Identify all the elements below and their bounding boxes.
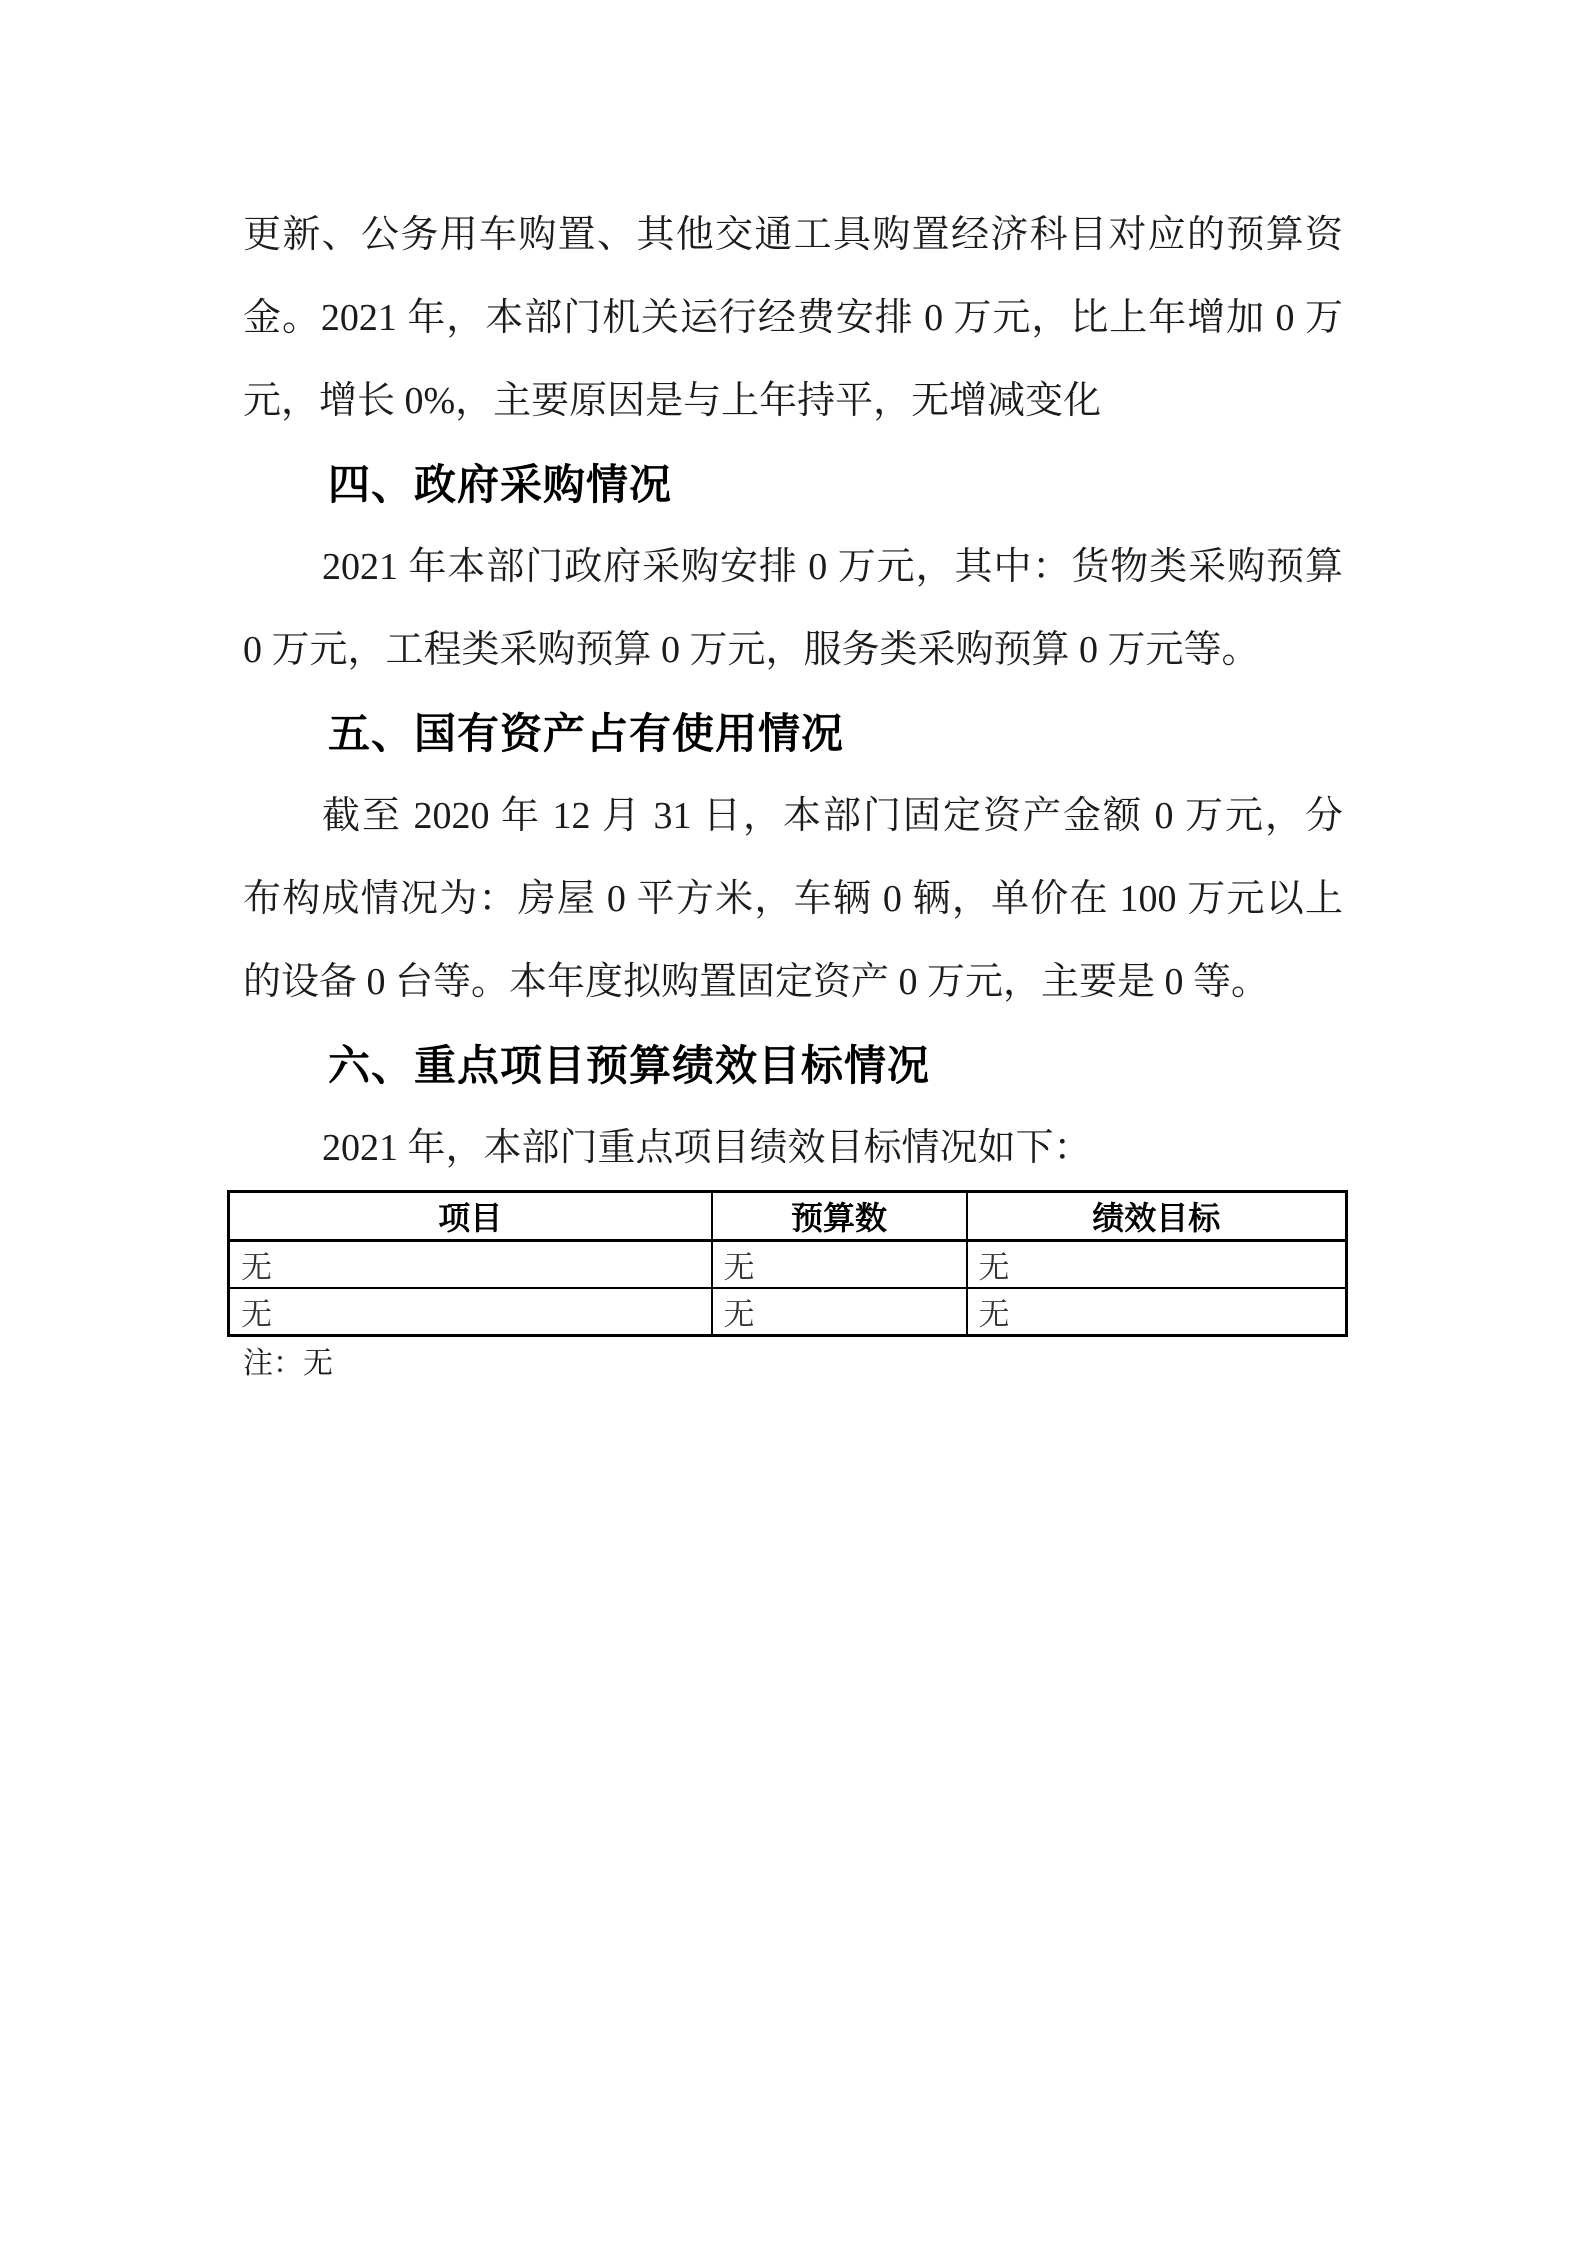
table-cell-project: 无 [229, 1241, 712, 1289]
table-cell-project: 无 [229, 1288, 712, 1336]
table-header-row: 项目 预算数 绩效目标 [229, 1192, 1347, 1241]
assets-paragraph-line-1: 截至 2020 年 12 月 31 日，本部门固定资产金额 0 万元，分 [243, 775, 1343, 858]
table-cell-goal: 无 [967, 1288, 1347, 1336]
table-cell-goal: 无 [967, 1241, 1347, 1289]
table-header-budget: 预算数 [712, 1192, 967, 1241]
table-cell-budget: 无 [712, 1241, 967, 1289]
table-row: 无 无 无 [229, 1241, 1347, 1289]
section-heading-state-assets: 五、国有资产占有使用情况 [243, 692, 1343, 775]
table-header-performance-goal: 绩效目标 [967, 1192, 1347, 1241]
section-heading-government-procurement: 四、政府采购情况 [243, 443, 1343, 526]
performance-intro-line: 2021 年，本部门重点项目绩效目标情况如下： [243, 1107, 1343, 1190]
table-note-text: 注：无 [243, 1344, 1343, 1384]
procurement-paragraph-line-1: 2021 年本部门政府采购安排 0 万元，其中：货物类采购预算 [243, 526, 1343, 609]
table-cell-budget: 无 [712, 1288, 967, 1336]
document-content: 更新、公务用车购置、其他交通工具购置经济科目对应的预算资 金。2021 年，本部… [243, 194, 1343, 1384]
section-heading-key-project-performance: 六、重点项目预算绩效目标情况 [243, 1024, 1343, 1107]
table-header-project: 项目 [229, 1192, 712, 1241]
table-row: 无 无 无 [229, 1288, 1347, 1336]
carryover-paragraph-line-2: 金。2021 年，本部门机关运行经费安排 0 万元，比上年增加 0 万 [243, 277, 1343, 360]
performance-goal-table: 项目 预算数 绩效目标 无 无 无 无 无 无 [227, 1190, 1348, 1337]
assets-paragraph-line-2: 布构成情况为：房屋 0 平方米，车辆 0 辆，单价在 100 万元以上 [243, 858, 1343, 941]
document-page: 更新、公务用车购置、其他交通工具购置经济科目对应的预算资 金。2021 年，本部… [0, 0, 1587, 2245]
carryover-paragraph-line-1: 更新、公务用车购置、其他交通工具购置经济科目对应的预算资 [243, 194, 1343, 277]
assets-paragraph-line-3: 的设备 0 台等。本年度拟购置固定资产 0 万元，主要是 0 等。 [243, 941, 1343, 1024]
procurement-paragraph-line-2: 0 万元，工程类采购预算 0 万元，服务类采购预算 0 万元等。 [243, 609, 1343, 692]
carryover-paragraph-line-3: 元，增长 0%，主要原因是与上年持平，无增减变化 [243, 360, 1343, 443]
